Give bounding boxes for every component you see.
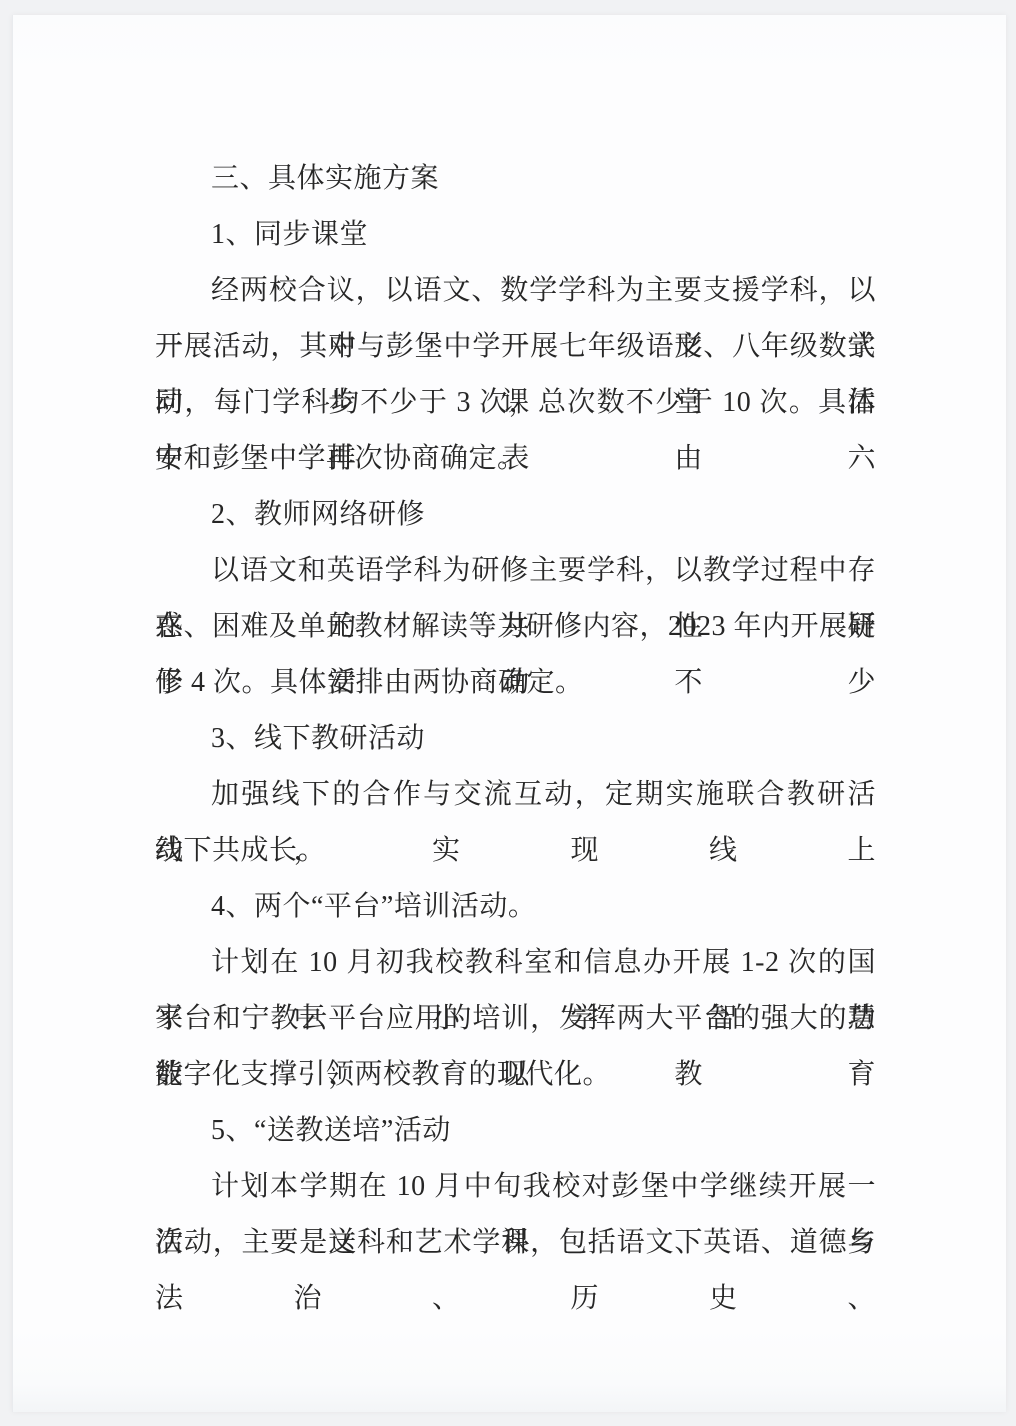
paragraph: 计划在 10 月初我校教科室和信息办开展 1-2 次的国家中小学智慧平台和宁教云…: [155, 935, 876, 1103]
text-line: 动，每门学科均不少于 3 次，总次数不少于 10 次。具体安排表由六: [155, 375, 876, 431]
text-line: 经两校合议，以语文、数学学科为主要支援学科，以一对一形式: [155, 263, 876, 319]
paragraph: 加强线下的合作与交流互动，定期实施联合教研活动，实现线上线下共成长。: [155, 767, 876, 879]
item-heading: 3、线下教研活动: [155, 711, 876, 767]
text-line: 1、同步课堂: [155, 207, 876, 263]
text-line: 平台和宁教云平台应用的培训，发挥两大平台的强大的功能，以教育: [155, 991, 876, 1047]
item-heading: 5、“送教送培”活动: [155, 1103, 876, 1159]
item-heading: 2、教师网络研修: [155, 487, 876, 543]
text-line: 加强线下的合作与交流互动，定期实施联合教研活动，实现线上: [155, 767, 876, 823]
paragraph: 计划本学期在 10 月中旬我校对彭堡中学继续开展一次送课下乡活动，主要是文科和艺…: [155, 1159, 876, 1271]
text-line: 3、线下教研活动: [155, 711, 876, 767]
text-line: 5、“送教送培”活动: [155, 1103, 876, 1159]
text-line: 开展活动，其中与彭堡中学开展七年级语文、八年级数学同步课堂活: [155, 319, 876, 375]
text-line: 三、具体实施方案: [155, 151, 876, 207]
item-heading: 4、两个“平台”培训活动。: [155, 879, 876, 935]
paragraph: 经两校合议，以语文、数学学科为主要支援学科，以一对一形式开展活动，其中与彭堡中学…: [155, 263, 876, 487]
item-heading: 1、同步课堂: [155, 207, 876, 263]
text-line: 以语文和英语学科为研修主要学科，以教学过程中存在的共性疑: [155, 543, 876, 599]
section-heading: 三、具体实施方案: [155, 151, 876, 207]
document-page: 三、具体实施方案1、同步课堂经两校合议，以语文、数学学科为主要支援学科，以一对一…: [12, 15, 1006, 1412]
paragraph: 以语文和英语学科为研修主要学科，以教学过程中存在的共性疑惑、困难及单元教材解读等…: [155, 543, 876, 711]
text-line: 活动，主要是文科和艺术学科，包括语文、英语、道德与法治、历史、: [155, 1215, 876, 1271]
text-line: 计划在 10 月初我校教科室和信息办开展 1-2 次的国家中小学智慧: [155, 935, 876, 991]
text-line: 计划本学期在 10 月中旬我校对彭堡中学继续开展一次送课下乡: [155, 1159, 876, 1215]
text-line: 惑、困难及单元教材解读等为研修内容，2023 年内开展研修活动不少: [155, 599, 876, 655]
text-line: 4、两个“平台”培训活动。: [155, 879, 876, 935]
text-line: 2、教师网络研修: [155, 487, 876, 543]
